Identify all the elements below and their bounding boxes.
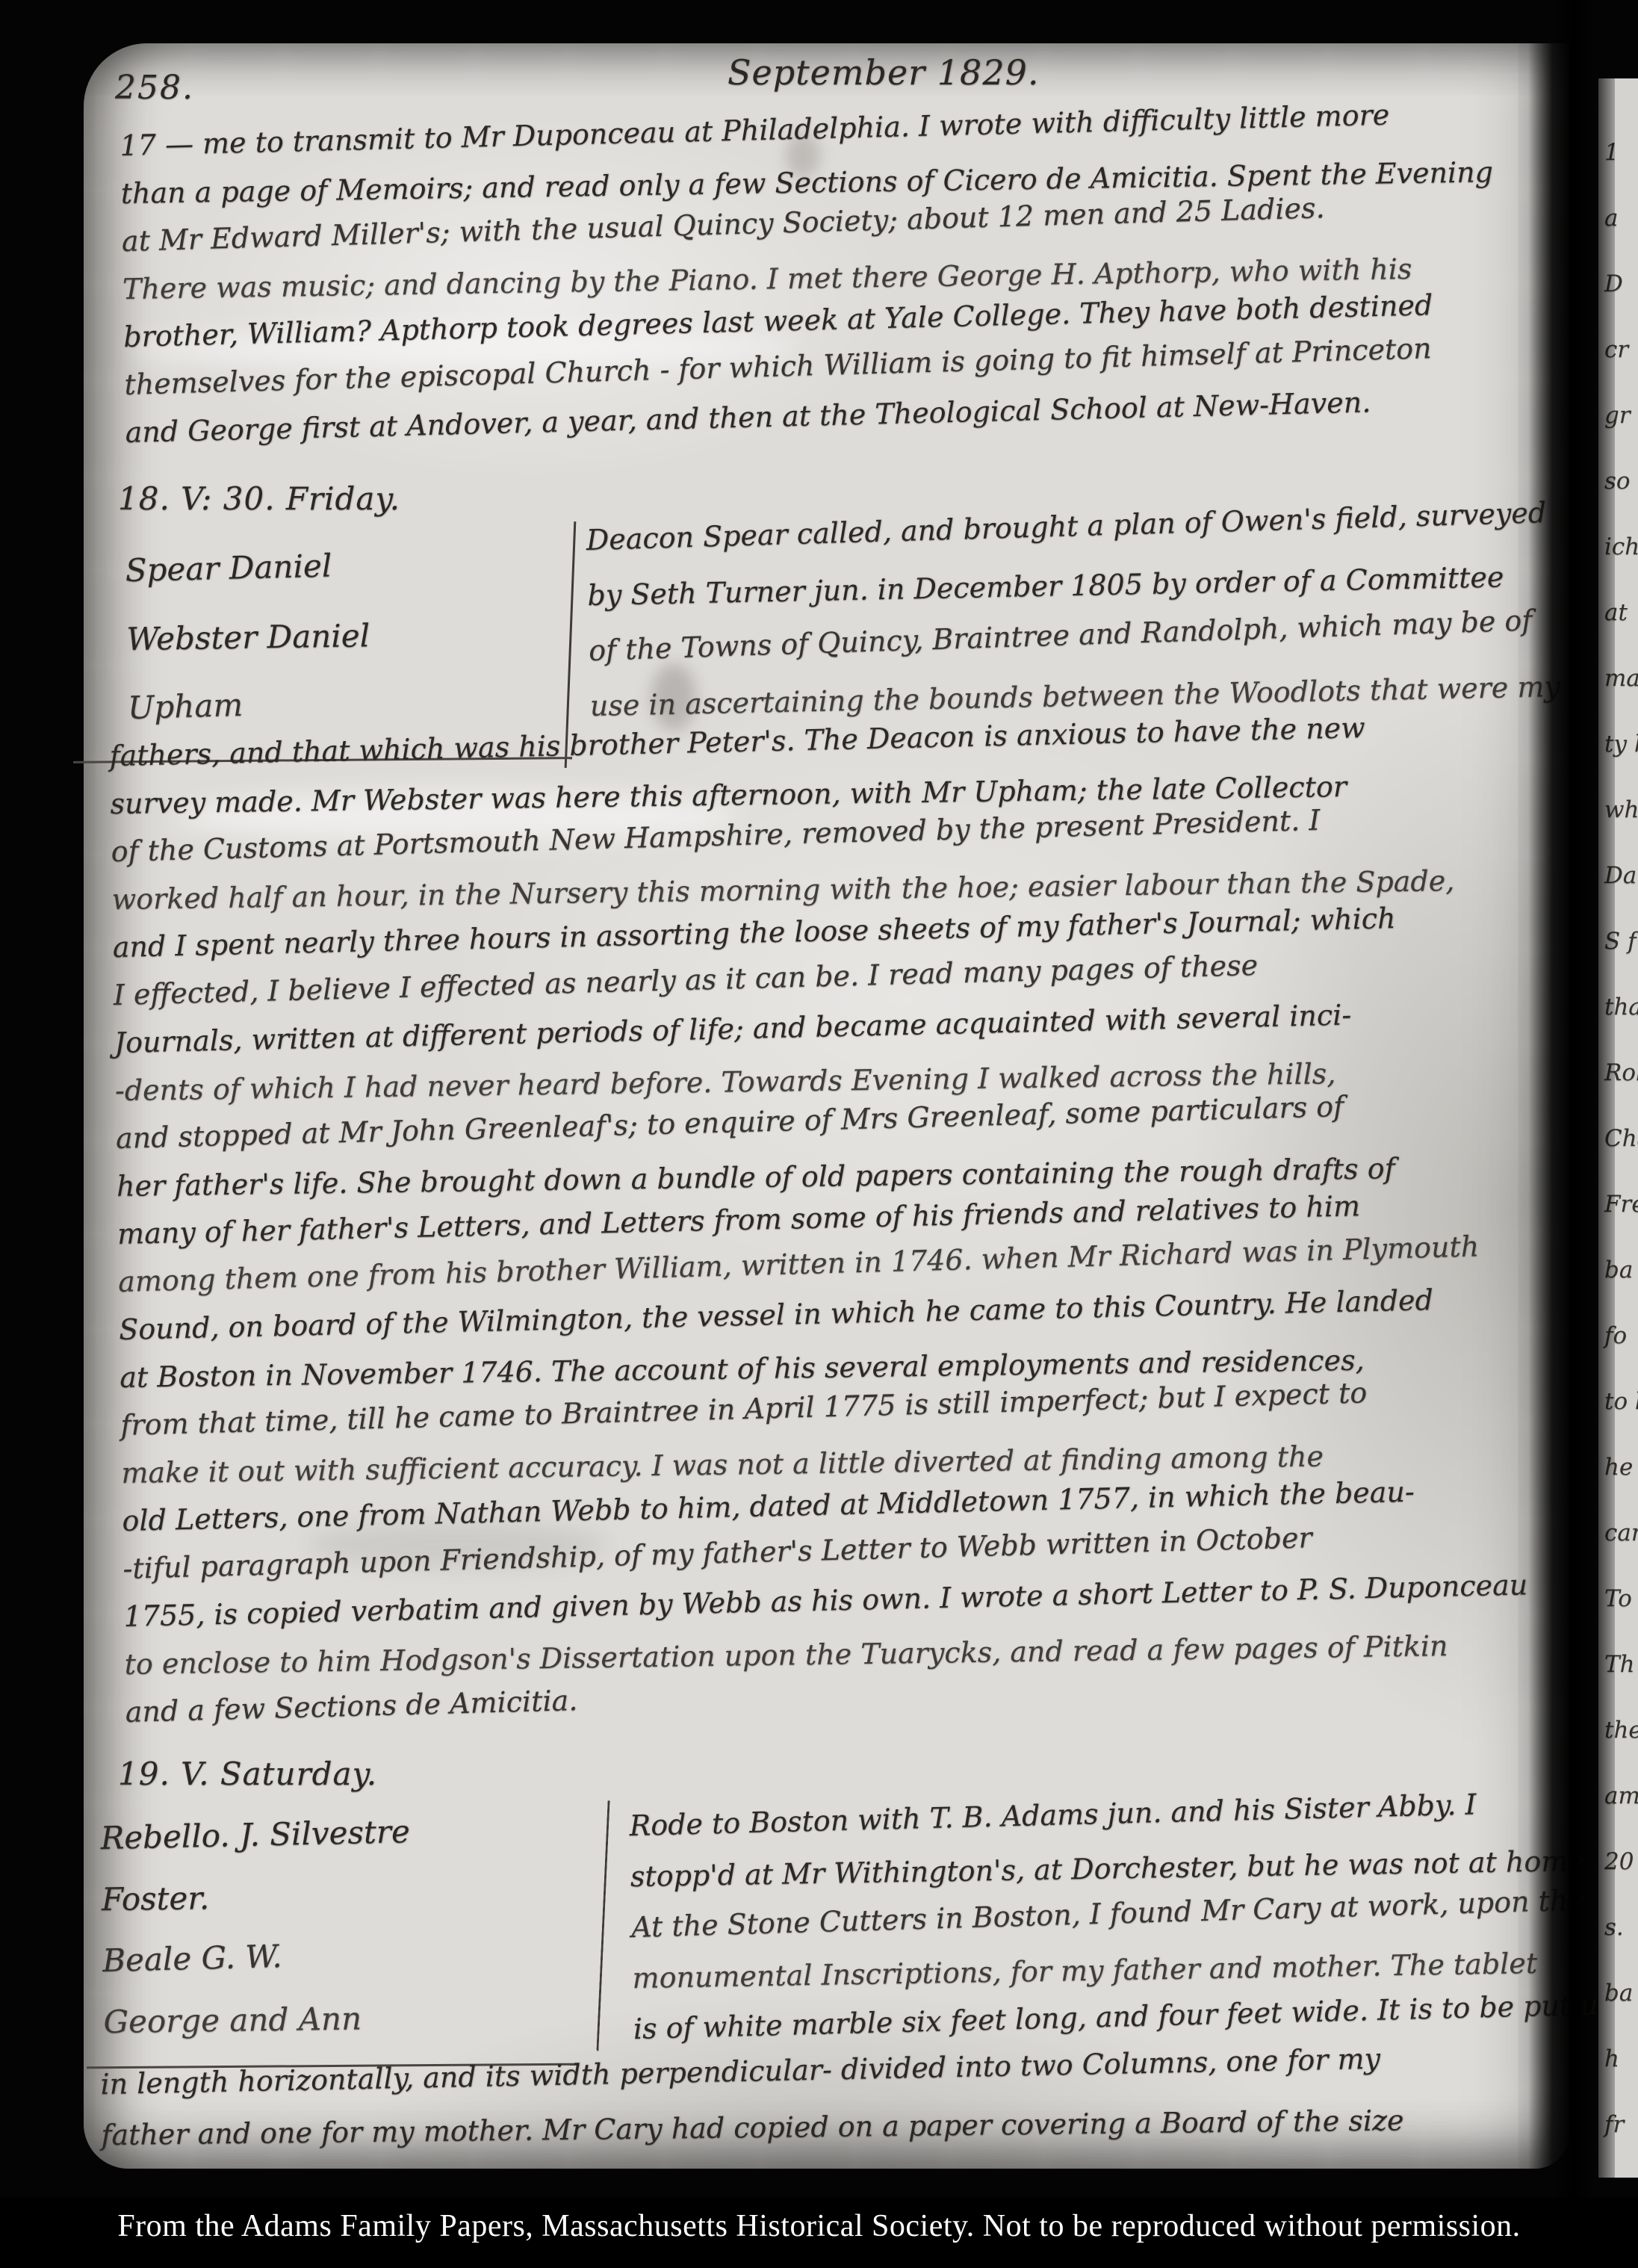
margin-name: Webster Daniel (126, 598, 560, 674)
entry-19-body-full-width: in length horizontally, and its width pe… (100, 2039, 1536, 2160)
entry-18-date-heading: 18. V: 30. Friday. (118, 480, 400, 517)
manuscript-page: 258. September 1829. 17 — me to transmit… (84, 43, 1569, 2169)
manuscript-scan: 258. September 1829. 17 — me to transmit… (0, 0, 1638, 2268)
book-binding-gutter-shadow (1528, 0, 1615, 2268)
archive-caption-band: From the Adams Family Papers, Massachuse… (0, 2198, 1638, 2268)
entry-19-margin-bracket-line (596, 1800, 609, 2051)
entry-17-continuation-paragraph: 17 — me to transmit to Mr Duponceau at P… (120, 96, 1545, 456)
entry-19-body-beside-margin: Rode to Boston with T. B. Adams jun. and… (629, 1782, 1560, 2054)
archive-caption-text: From the Adams Family Papers, Massachuse… (0, 2208, 1638, 2244)
month-header: September 1829. (728, 52, 1039, 93)
entry-19-date-heading: 19. V. Saturday. (118, 1756, 377, 1792)
entry-19-margin-names: Rebello. J. SilvestreFoster.Beale G. W.G… (100, 1800, 567, 2053)
page-number: 258. (115, 69, 194, 107)
entry-18-body-beside-margin: Deacon Spear called, and brought a plan … (586, 491, 1546, 734)
margin-name: George and Ann (103, 1986, 567, 2053)
entry-18-body-full-width: fathers, and that which was his brother … (109, 708, 1552, 1735)
margin-name: Rebello. J. Silvestre (100, 1797, 565, 1869)
margin-name: Beale G. W. (102, 1918, 566, 1992)
entry-18-margin-names: Spear DanielWebster DanielUpham (125, 529, 562, 743)
margin-name: Spear Daniel (125, 526, 559, 605)
